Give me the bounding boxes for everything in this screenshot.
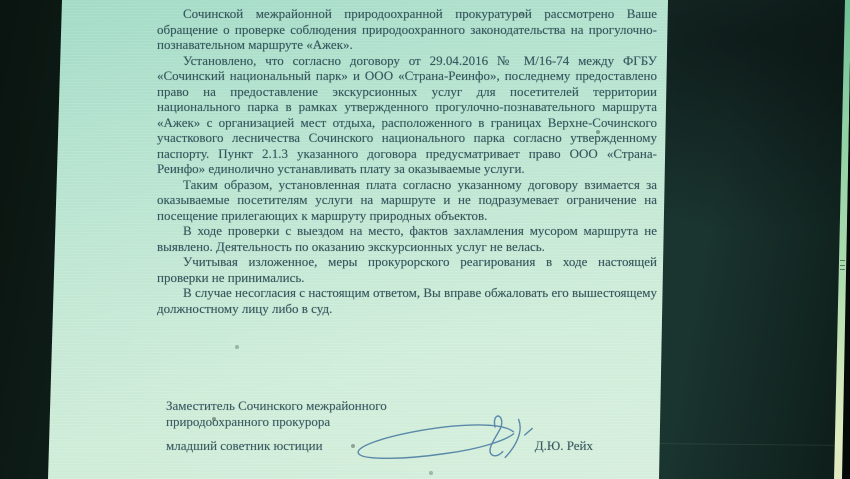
document-page: Сочинской межрайонной природоохранной пр… bbox=[0, 0, 850, 479]
screen-photo: Сочинской межрайонной природоохранной пр… bbox=[0, 0, 850, 479]
signer-name: Д.Ю. Рейх bbox=[535, 438, 593, 454]
signer-rank: младший советник юстиции bbox=[166, 438, 323, 454]
letter-body: Сочинской межрайонной природоохранной пр… bbox=[157, 6, 657, 316]
paragraph-fee-explanation: Таким образом, установленная плата согла… bbox=[157, 177, 657, 224]
signer-position-line1: Заместитель Сочинского межрайонного bbox=[166, 398, 606, 414]
paragraph-appeal-rights: В случае несогласия с настоящим ответом,… bbox=[157, 285, 657, 316]
paragraph-findings: Установлено, что согласно договору от 29… bbox=[157, 53, 657, 177]
screen-seam-line bbox=[655, 443, 850, 446]
paragraph-no-measures: Учитывая изложенное, меры прокурорского … bbox=[157, 254, 657, 285]
paragraph-intro: Сочинской межрайонной природоохранной пр… bbox=[157, 6, 657, 53]
dust-specks bbox=[0, 0, 2, 2]
scrollbar-grip-icon[interactable] bbox=[840, 260, 847, 270]
paragraph-inspection-result: В ходе проверки с выездом на место, факт… bbox=[157, 223, 657, 254]
handwritten-signature-icon bbox=[342, 408, 535, 476]
